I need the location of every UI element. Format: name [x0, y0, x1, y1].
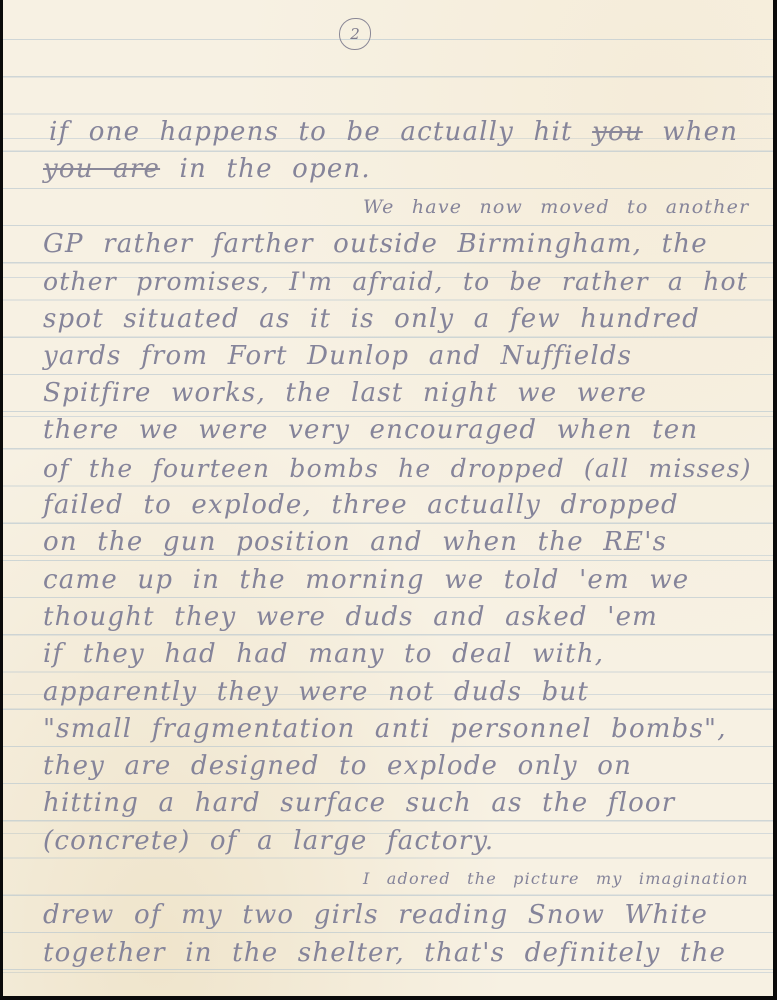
handwritten-line: drew of my two girls reading Snow White: [43, 897, 759, 934]
line-text: yards from Fort Dunlop and Nuffields: [43, 341, 632, 371]
handwritten-line: thought they were duds and asked 'em: [43, 599, 759, 636]
line-text: (concrete) of a large factory.: [43, 826, 494, 856]
line-text: drew of my two girls reading Snow White: [43, 900, 708, 930]
handwritten-line: on the gun position and when the RE's: [43, 524, 759, 561]
line-text: spot situated as it is only a few hundre…: [43, 304, 700, 334]
line-text: on the gun position and when the RE's: [43, 527, 667, 557]
line-text: came up in the morning we told 'em we: [43, 565, 689, 595]
handwritten-line: you are in the open.: [43, 151, 759, 188]
struck-through-text: you are: [43, 154, 160, 184]
handwritten-line: other promises, I'm afraid, to be rather…: [43, 263, 759, 300]
line-text: Spitfire works, the last night we were: [43, 378, 647, 408]
handwritten-line: if one happens to be actually hit you wh…: [49, 114, 759, 151]
handwritten-line: Spitfire works, the last night we were: [43, 375, 759, 412]
handwritten-line: spot situated as it is only a few hundre…: [43, 301, 759, 338]
line-text: hitting a hard surface such as the floor: [43, 788, 675, 818]
line-text: together in the shelter, that's definite…: [43, 938, 726, 968]
handwritten-line: GP rather farther outside Birmingham, th…: [43, 226, 759, 263]
struck-through-text: you: [592, 117, 643, 147]
line-text: We have now moved to another: [363, 196, 749, 218]
line-text: they are designed to explode only on: [43, 751, 632, 781]
line-text: of the fourteen bombs he dropped (all mi…: [43, 454, 752, 483]
handwritten-line: if they had had many to deal with,: [43, 636, 759, 673]
handwritten-line: apparently they were not duds but: [43, 674, 759, 711]
page-number-text: 2: [350, 25, 360, 43]
handwritten-line: of the fourteen bombs he dropped (all mi…: [43, 450, 759, 487]
page-number-circled: 2: [339, 18, 371, 50]
line-text: GP rather farther outside Birmingham, th…: [43, 229, 708, 259]
line-text-continued: in the open.: [180, 154, 371, 184]
handwritten-line: hitting a hard surface such as the floor: [43, 785, 759, 822]
handwritten-line: came up in the morning we told 'em we: [43, 562, 759, 599]
line-text: "small fragmentation anti personnel bomb…: [43, 714, 727, 744]
line-text: apparently they were not duds but: [43, 677, 589, 707]
handwritten-line: together in the shelter, that's definite…: [43, 935, 759, 972]
line-text: failed to explode, three actually droppe…: [43, 490, 679, 520]
handwritten-line: failed to explode, three actually droppe…: [43, 487, 759, 524]
line-text: I adored the picture my imagination: [363, 869, 749, 888]
line-text: there we were very encouraged when ten: [43, 415, 698, 445]
handwritten-line: (concrete) of a large factory.: [43, 823, 759, 860]
line-text: other promises, I'm afraid, to be rather…: [43, 267, 748, 296]
handwritten-line: they are designed to explode only on: [43, 748, 759, 785]
handwritten-line: there we were very encouraged when ten: [43, 412, 759, 449]
letter-page: 2 if one happens to be actually hit you …: [3, 0, 773, 996]
line-text-continued: when: [662, 117, 738, 147]
line-text: if they had had many to deal with,: [43, 639, 604, 669]
handwritten-line: We have now moved to another: [43, 189, 759, 226]
line-text: thought they were duds and asked 'em: [43, 602, 658, 632]
handwritten-line: I adored the picture my imagination: [43, 860, 759, 897]
handwritten-line: "small fragmentation anti personnel bomb…: [43, 711, 759, 748]
line-text: if one happens to be actually hit: [49, 117, 573, 147]
handwritten-line: yards from Fort Dunlop and Nuffields: [43, 338, 759, 375]
